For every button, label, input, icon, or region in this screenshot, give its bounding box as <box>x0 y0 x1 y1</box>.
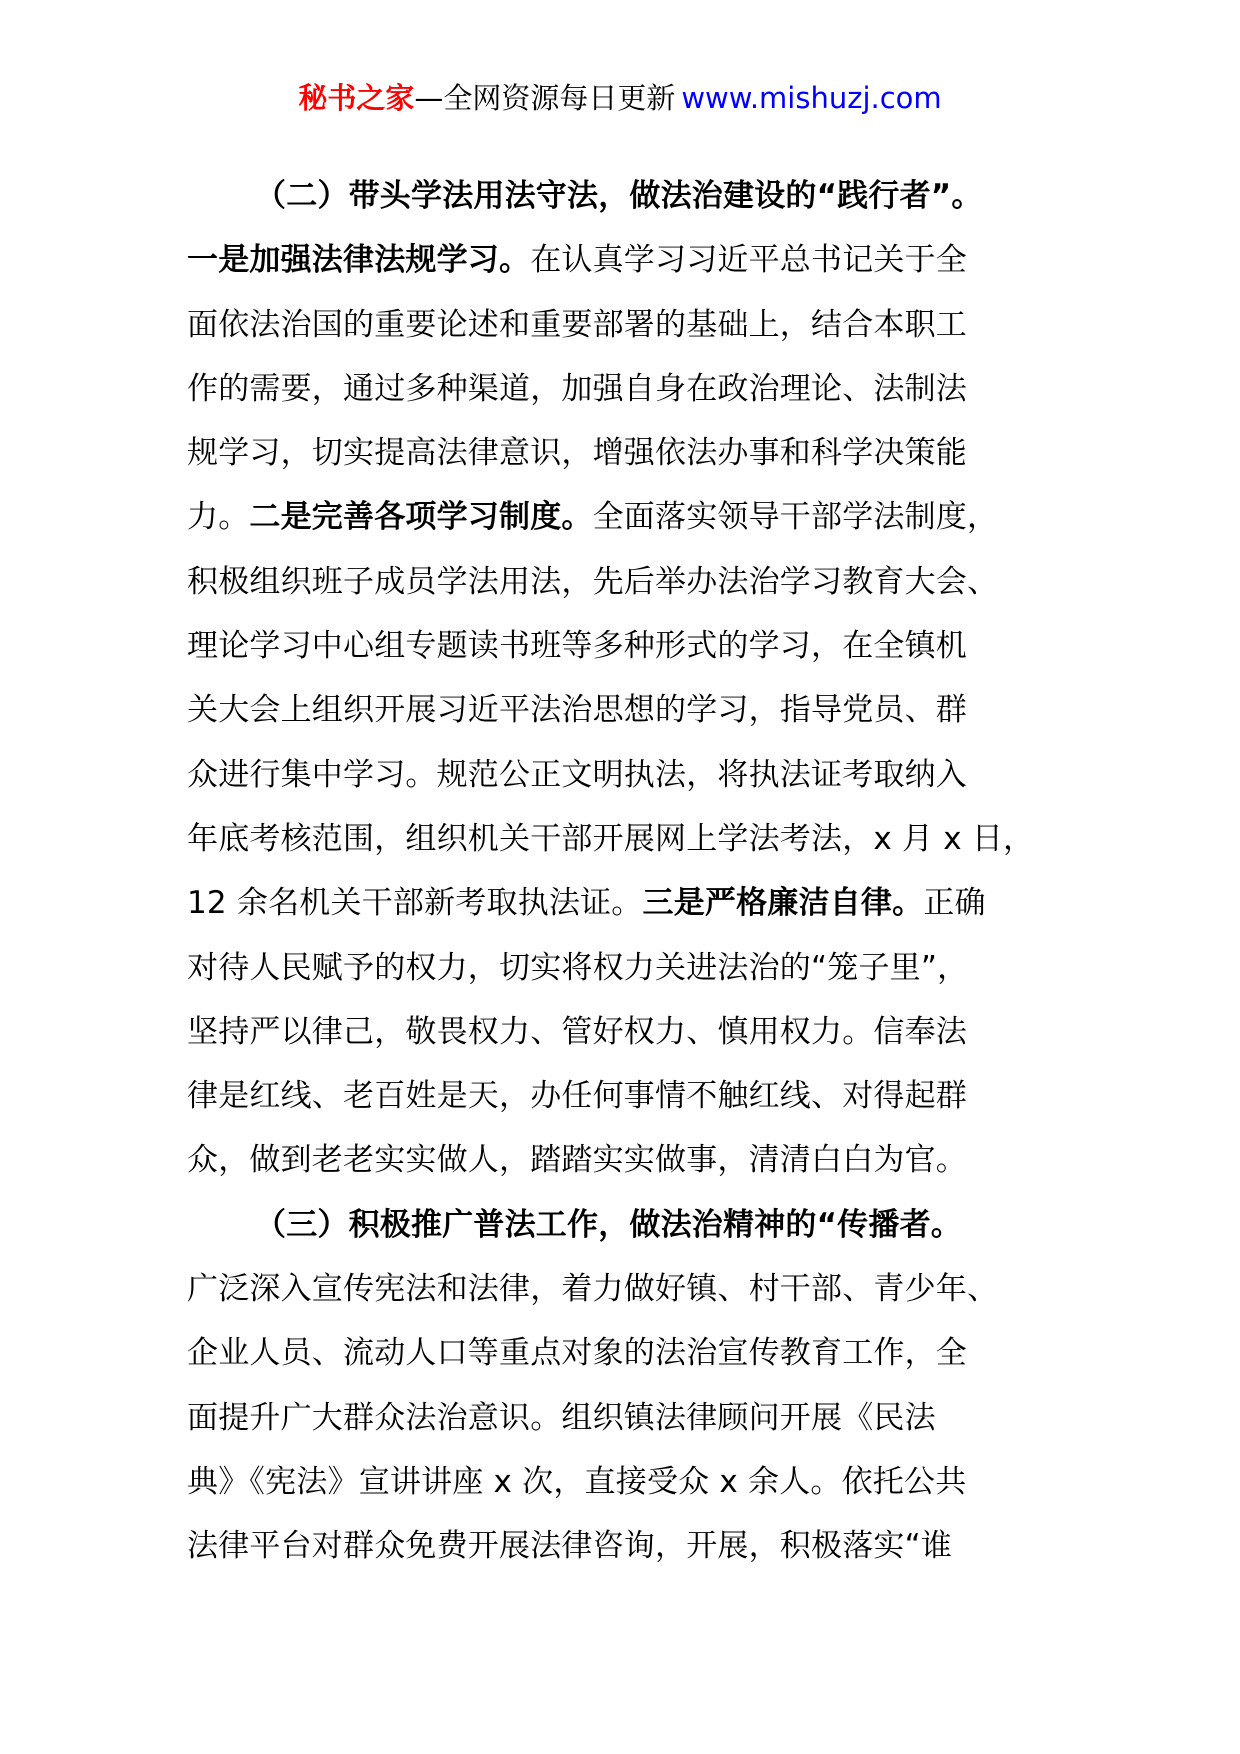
text-line: 规学习，切实提高法律意识，增强依法办事和科学决策能 <box>187 421 1087 485</box>
header-slogan: —全网资源每日更新 <box>414 81 675 115</box>
text-line: 典》《宪法》宣讲讲座 x 次，直接受众 x 余人。依托公共 <box>187 1450 1087 1514</box>
text: 面依法治国的重要论述和重要部署的基础上，结合本职工 <box>187 307 967 343</box>
text-line: 作的需要，通过多种渠道，加强自身在政治理论、法制法 <box>187 357 1087 421</box>
text: 典》《宪法》宣讲讲座 x 次，直接受众 x 余人。依托公共 <box>187 1464 966 1500</box>
section-heading-3: （三）积极推广普法工作，做法治精神的“传播者。 <box>187 1193 1087 1257</box>
bold-lead: 三是严格廉洁自律。 <box>643 885 924 921</box>
text: 在认真学习习近平总书记关于全 <box>530 242 967 278</box>
text: 力。 <box>187 499 249 535</box>
text: 坚持严以律己，敬畏权力、管好权力、慎用权力。信奉法 <box>187 1014 967 1050</box>
document-body: （二）带头学法用法守法，做法治建设的“践行者”。 一是加强法律法规学习。在认真学… <box>187 164 1087 1579</box>
text: 律是红线、老百姓是天，办任何事情不触红线、对得起群 <box>187 1078 967 1114</box>
text-line: 广泛深入宣传宪法和法律，着力做好镇、村干部、青少年、 <box>187 1257 1087 1321</box>
text: 理论学习中心组专题读书班等多种形式的学习，在全镇机 <box>187 628 967 664</box>
text-line: 坚持严以律己，敬畏权力、管好权力、慎用权力。信奉法 <box>187 1000 1087 1064</box>
site-url-link[interactable]: www.mishuzj.com <box>681 81 941 115</box>
text-line: 一是加强法律法规学习。在认真学习习近平总书记关于全 <box>187 228 1087 292</box>
text-line: 积极组织班子成员学法用法，先后举办法治学习教育大会、 <box>187 550 1087 614</box>
text-line: 法律平台对群众免费开展法律咨询，开展，积极落实“谁 <box>187 1514 1087 1578</box>
text-line: 面提升广大群众法治意识。组织镇法律顾问开展《民法 <box>187 1386 1087 1450</box>
text-line: 众，做到老老实实做人，踏踏实实做事，清清白白为官。 <box>187 1128 1087 1192</box>
text-line: 企业人员、流动人口等重点对象的法治宣传教育工作，全 <box>187 1321 1087 1385</box>
text: 积极组织班子成员学法用法，先后举办法治学习教育大会、 <box>187 564 998 600</box>
bold-lead: 一是加强法律法规学习。 <box>187 242 530 278</box>
text: 12 余名机关干部新考取执法证。 <box>187 885 643 921</box>
section-heading-2: （二）带头学法用法守法，做法治建设的“践行者”。 <box>187 164 1087 228</box>
text-line: 力。二是完善各项学习制度。全面落实领导干部学法制度， <box>187 485 1087 549</box>
text: 众进行集中学习。规范公正文明执法，将执法证考取纳入 <box>187 757 967 793</box>
text: 广泛深入宣传宪法和法律，着力做好镇、村干部、青少年、 <box>187 1271 998 1307</box>
text: 众，做到老老实实做人，踏踏实实做事，清清白白为官。 <box>187 1142 967 1178</box>
text-line: 众进行集中学习。规范公正文明执法，将执法证考取纳入 <box>187 743 1087 807</box>
text: 年底考核范围，组织机关干部开展网上学法考法，x 月 x 日， <box>187 821 1034 857</box>
text-line: 年底考核范围，组织机关干部开展网上学法考法，x 月 x 日， <box>187 807 1087 871</box>
site-header: 秘书之家—全网资源每日更新www.mishuzj.com <box>0 78 1240 118</box>
text: 企业人员、流动人口等重点对象的法治宣传教育工作，全 <box>187 1335 967 1371</box>
text-line: 12 余名机关干部新考取执法证。三是严格廉洁自律。正确 <box>187 871 1087 935</box>
text: 关大会上组织开展习近平法治思想的学习，指导党员、群 <box>187 692 967 728</box>
brand-name: 秘书之家 <box>298 81 414 115</box>
text: 对待人民赋予的权力，切实将权力关进法治的“笼子里”， <box>187 950 968 986</box>
text-line: 关大会上组织开展习近平法治思想的学习，指导党员、群 <box>187 678 1087 742</box>
heading-text: （二）带头学法用法守法，做法治建设的“践行者”。 <box>255 178 983 214</box>
text-line: 面依法治国的重要论述和重要部署的基础上，结合本职工 <box>187 293 1087 357</box>
text-line: 律是红线、老百姓是天，办任何事情不触红线、对得起群 <box>187 1064 1087 1128</box>
text-line: 对待人民赋予的权力，切实将权力关进法治的“笼子里”， <box>187 936 1087 1000</box>
text: 面提升广大群众法治意识。组织镇法律顾问开展《民法 <box>187 1400 936 1436</box>
text-line: 理论学习中心组专题读书班等多种形式的学习，在全镇机 <box>187 614 1087 678</box>
text: 法律平台对群众免费开展法律咨询，开展，积极落实“谁 <box>187 1528 952 1564</box>
text: 规学习，切实提高法律意识，增强依法办事和科学决策能 <box>187 435 967 471</box>
text: 作的需要，通过多种渠道，加强自身在政治理论、法制法 <box>187 371 967 407</box>
bold-lead: 二是完善各项学习制度。 <box>249 499 592 535</box>
heading-text: （三）积极推广普法工作，做法治精神的“传播者。 <box>255 1207 962 1243</box>
text: 全面落实领导干部学法制度， <box>593 499 999 535</box>
text: 正确 <box>923 885 985 921</box>
